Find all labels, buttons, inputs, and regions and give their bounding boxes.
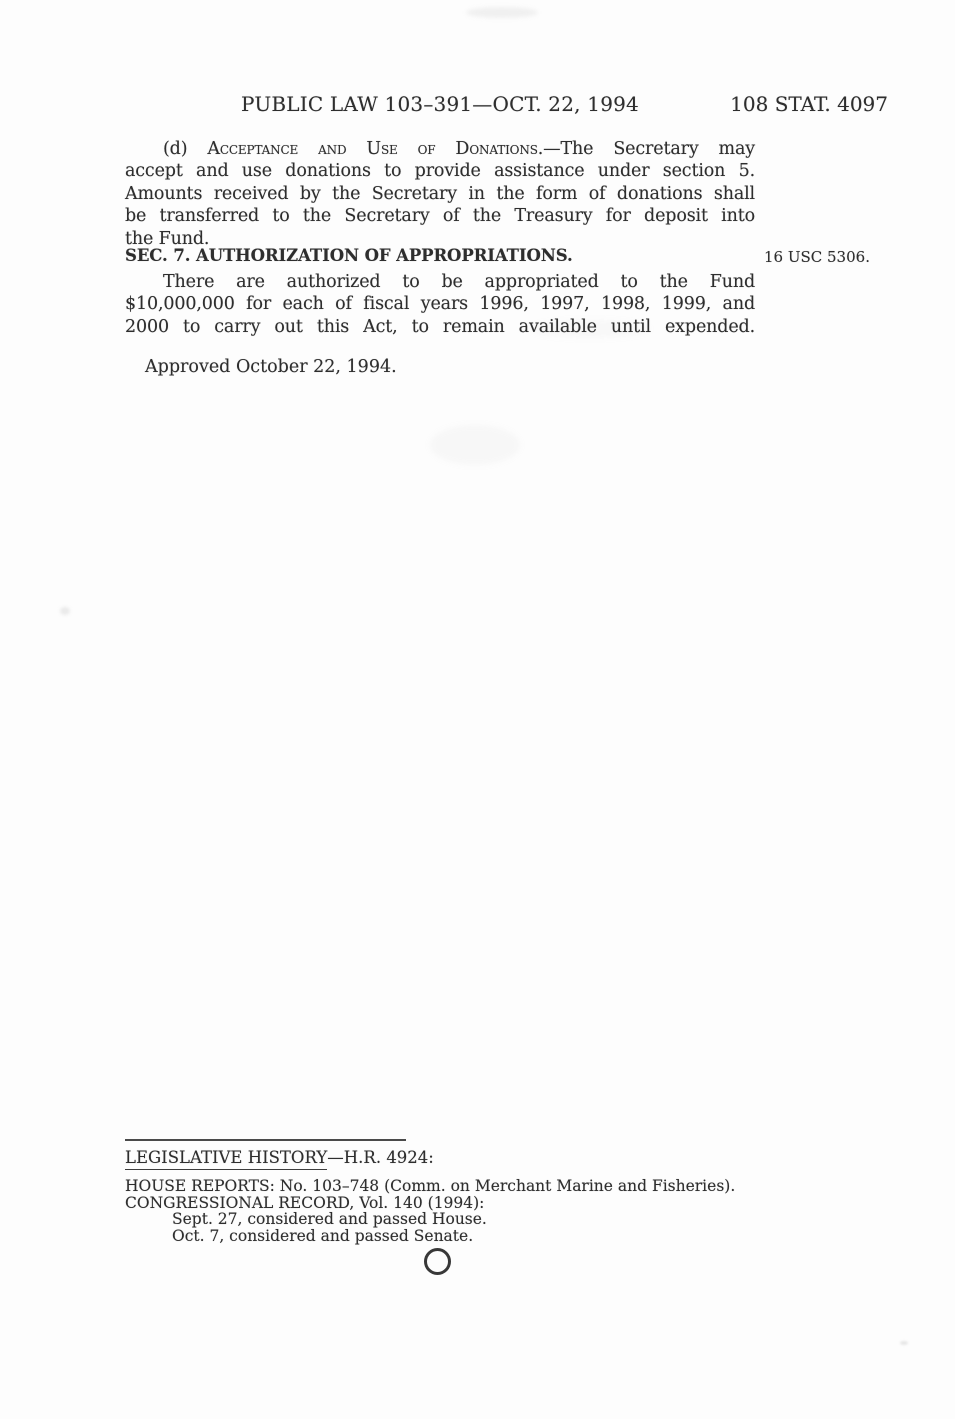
scan-artifact <box>60 607 70 615</box>
section-7-heading: SEC. 7. AUTHORIZATION OF APPROPRIATIONS. <box>125 246 573 265</box>
text-line: There are authorized to be appropriated … <box>125 271 755 293</box>
subsection-label: (d) <box>163 139 207 159</box>
congressional-record-line: CONGRESSIONAL RECORD, Vol. 140 (1994): <box>125 1195 765 1212</box>
section-7-paragraph: There are authorized to be appropriated … <box>125 271 755 338</box>
legislative-history-entries: HOUSE REPORTS: No. 103–748 (Comm. on Mer… <box>125 1178 765 1244</box>
text-line: $10,000,000 for each of fiscal years 199… <box>125 293 755 315</box>
legislative-history-title: LEGISLATIVE HISTORY <box>125 1148 327 1170</box>
usc-margin-note: 16 USC 5306. <box>764 248 870 266</box>
text-line: 2000 to carry out this Act, to remain av… <box>125 316 755 338</box>
divider-rule <box>125 1139 406 1141</box>
legislative-history-heading: LEGISLATIVE HISTORY—H.R. 4924: <box>125 1148 765 1167</box>
scan-artifact <box>900 1341 908 1345</box>
text-line: (d) Acceptance and Use of Donations.—The… <box>125 138 755 160</box>
text-line: Amounts received by the Secretary in the… <box>125 183 755 205</box>
text-line: be transferred to the Secretary of the T… <box>125 205 755 227</box>
scan-artifact <box>430 425 520 465</box>
bill-number: —H.R. 4924: <box>327 1148 434 1167</box>
approval-line: Approved October 22, 1994. <box>145 357 397 377</box>
record-item: Sept. 27, considered and passed House. <box>125 1211 765 1228</box>
legislative-history: LEGISLATIVE HISTORY—H.R. 4924: HOUSE REP… <box>125 1139 765 1244</box>
subsection-title: Acceptance and Use of Donations <box>207 139 537 159</box>
text-run: .—The Secretary may <box>538 139 755 159</box>
subsection-d-paragraph: (d) Acceptance and Use of Donations.—The… <box>125 138 755 250</box>
scan-artifact <box>466 7 538 18</box>
record-item: Oct. 7, considered and passed Senate. <box>125 1228 765 1245</box>
end-of-law-circle <box>424 1248 451 1275</box>
law-title: PUBLIC LAW 103–391—OCT. 22, 1994 <box>125 92 755 116</box>
house-reports-line: HOUSE REPORTS: No. 103–748 (Comm. on Mer… <box>125 1178 765 1195</box>
text-line: accept and use donations to provide assi… <box>125 160 755 182</box>
stat-citation: 108 STAT. 4097 <box>730 92 888 116</box>
document-page: PUBLIC LAW 103–391—OCT. 22, 1994 108 STA… <box>0 0 955 1419</box>
